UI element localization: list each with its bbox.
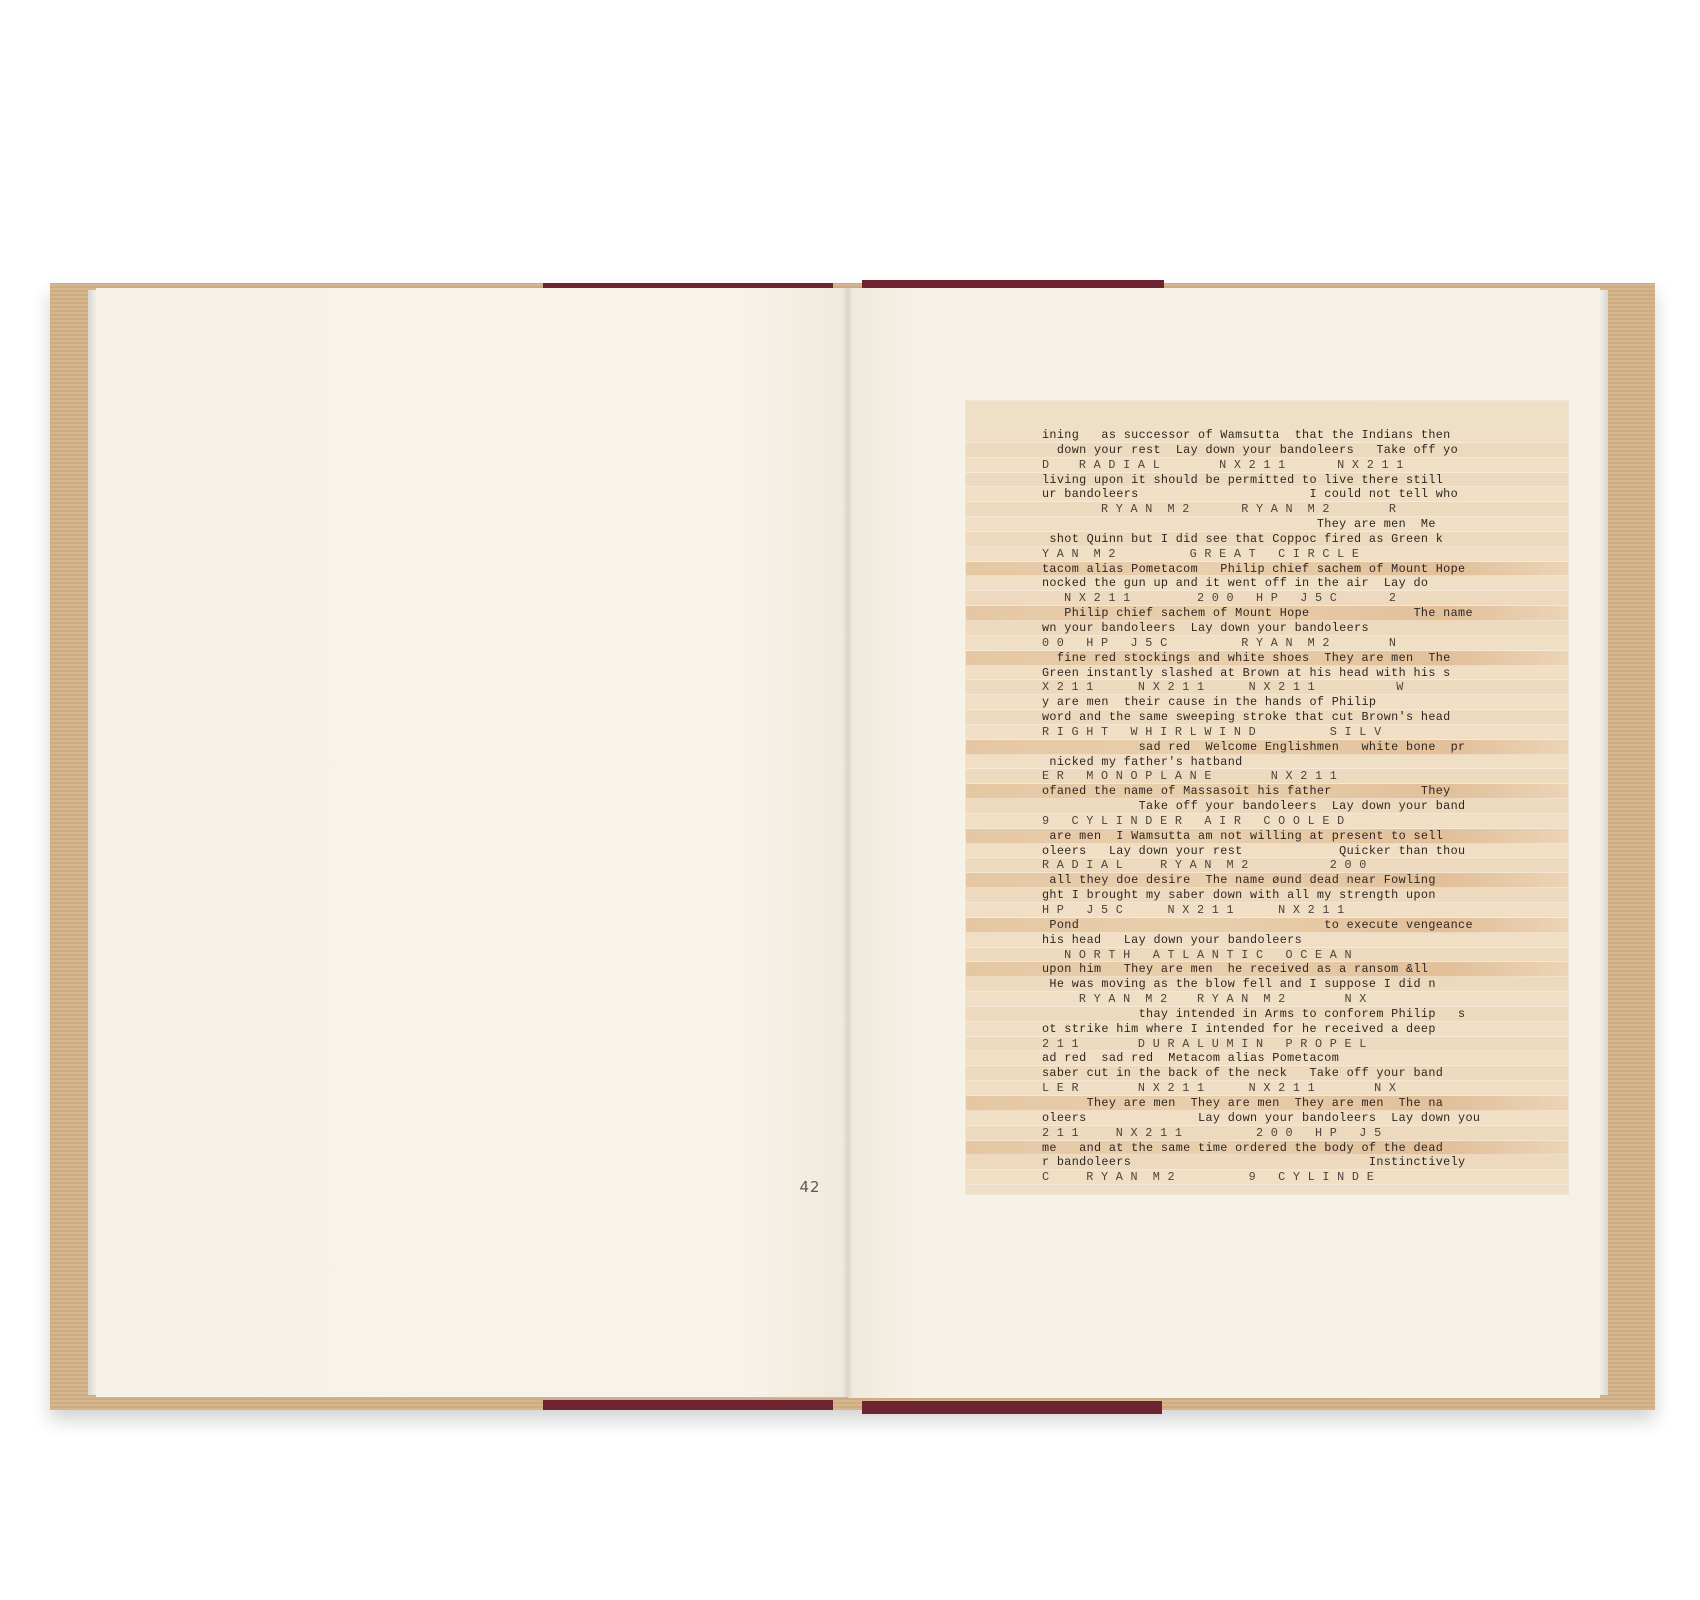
typed-line: shot Quinn but I did see that Coppoc fir… bbox=[1042, 532, 1443, 546]
typed-line: 9 C Y L I N D E R A I R C O O L E D bbox=[1042, 814, 1345, 828]
typed-line: his head Lay down your bandoleers bbox=[1042, 933, 1302, 947]
typed-line: upon him They are men he received as a r… bbox=[1042, 962, 1428, 976]
collage-strip: shot Quinn but I did see that Coppoc fir… bbox=[966, 532, 1568, 547]
page-number: 42 bbox=[790, 1178, 830, 1196]
collage-strip: 2 1 1 N X 2 1 1 2 0 0 H P J 5 bbox=[966, 1126, 1568, 1141]
collage-strip: Green instantly slashed at Brown at his … bbox=[966, 666, 1568, 681]
typed-line: He was moving as the blow fell and I sup… bbox=[1042, 977, 1436, 991]
collage-strips: ining as successor of Wamsutta that the … bbox=[966, 428, 1568, 1185]
typed-line: Y A N M 2 G R E A T C I R C L E bbox=[1042, 547, 1359, 561]
collage-strip: fine red stockings and white shoes They … bbox=[966, 651, 1568, 666]
typed-line: They are men They are men They are men T… bbox=[1042, 1096, 1443, 1110]
collage-strip: tacom alias Pometacom Philip chief sache… bbox=[966, 562, 1568, 577]
collage-strip: Take off your bandoleers Lay down your b… bbox=[966, 799, 1568, 814]
collage-strip: thay intended in Arms to conforem Philip… bbox=[966, 1007, 1568, 1022]
collage-strip: y are men their cause in the hands of Ph… bbox=[966, 695, 1568, 710]
typed-line: nicked my father's hatband bbox=[1042, 755, 1243, 769]
collage-strip: R Y A N M 2 R Y A N M 2 R bbox=[966, 502, 1568, 517]
collage-strip: oleers Lay down your rest Quicker than t… bbox=[966, 844, 1568, 859]
typed-line: R I G H T W H I R L W I N D S I L V bbox=[1042, 725, 1381, 739]
typed-line: ur bandoleers I could not tell who bbox=[1042, 487, 1458, 501]
collage-strip: X 2 1 1 N X 2 1 1 N X 2 1 1 W bbox=[966, 680, 1568, 695]
collage-strip: sad red Welcome Englishmen white bone pr bbox=[966, 740, 1568, 755]
collage-strip: He was moving as the blow fell and I sup… bbox=[966, 977, 1568, 992]
typed-line: N O R T H A T L A N T I C O C E A N bbox=[1042, 948, 1352, 962]
collage-strip: Philip chief sachem of Mount Hope The na… bbox=[966, 606, 1568, 621]
typed-line: y are men their cause in the hands of Ph… bbox=[1042, 695, 1376, 709]
typed-line: sad red Welcome Englishmen white bone pr bbox=[1042, 740, 1465, 754]
collage-strip: Y A N M 2 G R E A T C I R C L E bbox=[966, 547, 1568, 562]
typed-line: C R Y A N M 2 9 C Y L I N D E bbox=[1042, 1170, 1374, 1184]
collage-strip: wn your bandoleers Lay down your bandole… bbox=[966, 621, 1568, 636]
collage-strip: word and the same sweeping stroke that c… bbox=[966, 710, 1568, 725]
collage-strip: Pond to execute vengeance bbox=[966, 918, 1568, 933]
collage-strip: r bandoleers Instinctively bbox=[966, 1155, 1568, 1170]
typed-line: tacom alias Pometacom Philip chief sache… bbox=[1042, 562, 1465, 576]
typed-line: N X 2 1 1 2 0 0 H P J 5 C 2 bbox=[1042, 591, 1396, 605]
typed-line: D R A D I A L N X 2 1 1 N X 2 1 1 bbox=[1042, 458, 1404, 472]
typed-line: me and at the same time ordered the body… bbox=[1042, 1141, 1443, 1155]
typed-line: living upon it should be permitted to li… bbox=[1042, 473, 1443, 487]
typed-line: down your rest Lay down your bandoleers … bbox=[1042, 443, 1458, 457]
collage-strip: nocked the gun up and it went off in the… bbox=[966, 576, 1568, 591]
collage-strip: 9 C Y L I N D E R A I R C O O L E D bbox=[966, 814, 1568, 829]
typed-line: are men I Wamsutta am not willing at pre… bbox=[1042, 829, 1443, 843]
collage-strip: living upon it should be permitted to li… bbox=[966, 473, 1568, 488]
typed-line: H P J 5 C N X 2 1 1 N X 2 1 1 bbox=[1042, 903, 1345, 917]
collage-strip: nicked my father's hatband bbox=[966, 755, 1568, 770]
typed-line: ining as successor of Wamsutta that the … bbox=[1042, 428, 1451, 442]
spine-tailband-left bbox=[543, 1400, 833, 1410]
typed-line: They are men Me bbox=[1042, 517, 1436, 531]
typed-line: 2 1 1 D U R A L U M I N P R O P E L bbox=[1042, 1037, 1367, 1051]
typed-line: X 2 1 1 N X 2 1 1 N X 2 1 1 W bbox=[1042, 680, 1404, 694]
typed-line: 0 0 H P J 5 C R Y A N M 2 N bbox=[1042, 636, 1396, 650]
typewritten-strip-collage: ining as successor of Wamsutta that the … bbox=[966, 401, 1568, 1194]
collage-strip: ot strike him where I intended for he re… bbox=[966, 1022, 1568, 1037]
typed-line: nocked the gun up and it went off in the… bbox=[1042, 576, 1428, 590]
collage-strip: 0 0 H P J 5 C R Y A N M 2 N bbox=[966, 636, 1568, 651]
typed-line: oleers Lay down your rest Quicker than t… bbox=[1042, 844, 1465, 858]
collage-strip: R Y A N M 2 R Y A N M 2 N X bbox=[966, 992, 1568, 1007]
collage-strip: his head Lay down your bandoleers bbox=[966, 933, 1568, 948]
typed-line: R Y A N M 2 R Y A N M 2 R bbox=[1042, 502, 1396, 516]
collage-strip: L E R N X 2 1 1 N X 2 1 1 N X bbox=[966, 1081, 1568, 1096]
typed-line: fine red stockings and white shoes They … bbox=[1042, 651, 1451, 665]
collage-strip: ining as successor of Wamsutta that the … bbox=[966, 428, 1568, 443]
collage-strip: ad red sad red Metacom alias Pometacom bbox=[966, 1051, 1568, 1066]
collage-strip: They are men They are men They are men T… bbox=[966, 1096, 1568, 1111]
typed-line: 2 1 1 N X 2 1 1 2 0 0 H P J 5 bbox=[1042, 1126, 1381, 1140]
collage-strip: N O R T H A T L A N T I C O C E A N bbox=[966, 948, 1568, 963]
left-page-block-edges bbox=[88, 290, 96, 1395]
typed-line: all they doe desire The name øund dead n… bbox=[1042, 873, 1436, 887]
collage-strip: are men I Wamsutta am not willing at pre… bbox=[966, 829, 1568, 844]
collage-strip: me and at the same time ordered the body… bbox=[966, 1141, 1568, 1156]
collage-strip: R A D I A L R Y A N M 2 2 0 0 bbox=[966, 858, 1568, 873]
collage-strip: C R Y A N M 2 9 C Y L I N D E bbox=[966, 1170, 1568, 1185]
collage-strip: all they doe desire The name øund dead n… bbox=[966, 873, 1568, 888]
typed-line: E R M O N O P L A N E N X 2 1 1 bbox=[1042, 769, 1337, 783]
collage-strip: H P J 5 C N X 2 1 1 N X 2 1 1 bbox=[966, 903, 1568, 918]
typed-line: R Y A N M 2 R Y A N M 2 N X bbox=[1042, 992, 1367, 1006]
typed-line: r bandoleers Instinctively bbox=[1042, 1155, 1465, 1169]
collage-strip: oleers Lay down your bandoleers Lay down… bbox=[966, 1111, 1568, 1126]
typed-line: oleers Lay down your bandoleers Lay down… bbox=[1042, 1111, 1480, 1125]
collage-strip: They are men Me bbox=[966, 517, 1568, 532]
typed-line: Philip chief sachem of Mount Hope The na… bbox=[1042, 606, 1473, 620]
collage-strip: saber cut in the back of the neck Take o… bbox=[966, 1066, 1568, 1081]
collage-strip: R I G H T W H I R L W I N D S I L V bbox=[966, 725, 1568, 740]
typed-line: thay intended in Arms to conforem Philip… bbox=[1042, 1007, 1465, 1021]
collage-strip: D R A D I A L N X 2 1 1 N X 2 1 1 bbox=[966, 458, 1568, 473]
left-page bbox=[96, 288, 848, 1397]
collage-strip: down your rest Lay down your bandoleers … bbox=[966, 443, 1568, 458]
typed-line: word and the same sweeping stroke that c… bbox=[1042, 710, 1451, 724]
typed-line: R A D I A L R Y A N M 2 2 0 0 bbox=[1042, 858, 1367, 872]
typed-line: ofaned the name of Massasoit his father … bbox=[1042, 784, 1451, 798]
typed-line: wn your bandoleers Lay down your bandole… bbox=[1042, 621, 1369, 635]
collage-strip: 2 1 1 D U R A L U M I N P R O P E L bbox=[966, 1037, 1568, 1052]
typed-line: saber cut in the back of the neck Take o… bbox=[1042, 1066, 1443, 1080]
typed-line: Pond to execute vengeance bbox=[1042, 918, 1473, 932]
collage-strip: E R M O N O P L A N E N X 2 1 1 bbox=[966, 769, 1568, 784]
right-page-block-edges bbox=[1600, 290, 1608, 1395]
typed-line: ot strike him where I intended for he re… bbox=[1042, 1022, 1436, 1036]
spine-tailband-right bbox=[862, 1401, 1162, 1414]
typed-line: Take off your bandoleers Lay down your b… bbox=[1042, 799, 1465, 813]
typed-line: Green instantly slashed at Brown at his … bbox=[1042, 666, 1451, 680]
typed-line: ad red sad red Metacom alias Pometacom bbox=[1042, 1051, 1339, 1065]
typed-line: ght I brought my saber down with all my … bbox=[1042, 888, 1436, 902]
typed-line: L E R N X 2 1 1 N X 2 1 1 N X bbox=[1042, 1081, 1396, 1095]
collage-strip: ght I brought my saber down with all my … bbox=[966, 888, 1568, 903]
collage-strip: ofaned the name of Massasoit his father … bbox=[966, 784, 1568, 799]
collage-strip: N X 2 1 1 2 0 0 H P J 5 C 2 bbox=[966, 591, 1568, 606]
collage-strip: ur bandoleers I could not tell who bbox=[966, 487, 1568, 502]
collage-strip: upon him They are men he received as a r… bbox=[966, 962, 1568, 977]
book-gutter bbox=[844, 288, 852, 1398]
